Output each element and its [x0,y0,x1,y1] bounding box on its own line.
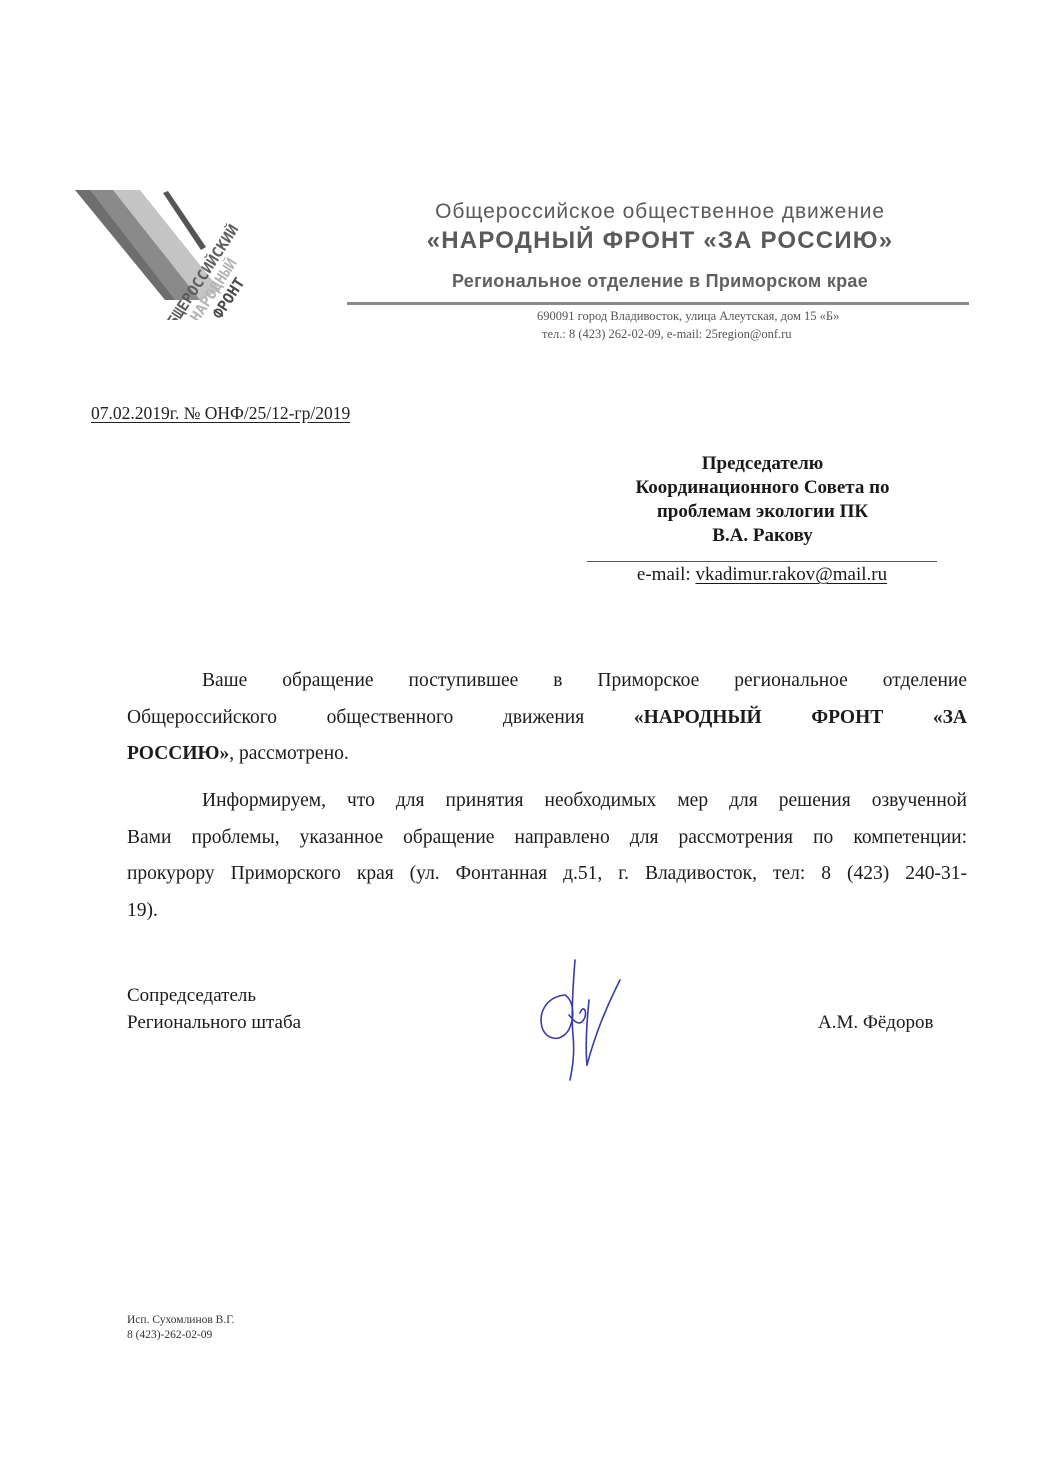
text-span: Общероссийского общественного движения [127,707,634,728]
paragraph-line: прокурору Приморского края (ул. Фонтанна… [127,856,967,893]
org-name: «НАРОДНЫЙ ФРОНТ «ЗА РОССИЮ» [350,227,970,255]
org-contacts: тел.: 8 (423) 262-02-09, e-mail: 25regio… [542,327,792,342]
signatory-title: Сопредседатель Регионального штаба [127,982,301,1036]
text-span: , рассмотрено. [229,743,349,764]
executor-phone: 8 (423)-262-02-09 [127,1328,234,1343]
paragraph-line: 19). [127,893,967,930]
header-divider [347,302,969,305]
org-line: Общероссийское общественное движение [350,200,970,224]
addressee-line: Председателю [580,452,945,476]
paragraph-line: РОССИЮ», рассмотрено. [127,736,967,773]
addressee-line: Координационного Совета по [580,476,945,500]
paragraph-line: Вами проблемы, указанное обращение напра… [127,820,967,857]
bold-span: РОССИЮ» [127,743,229,764]
handwritten-signature-icon [525,955,635,1085]
letter-reference: 07.02.2019г. № ОНФ/25/12-гр/2019 [91,403,350,424]
paragraph-1: Ваше обращение поступившее в Приморское … [127,663,967,773]
email-label: e-mail: [637,564,696,585]
addressee-divider [587,561,937,562]
addressee-block: Председателю Координационного Совета по … [580,452,945,548]
branch-name: Региональное отделение в Приморском крае [350,271,970,292]
executor-name: Исп. Сухомлинов В.Г. [127,1313,234,1328]
addressee-line: проблемам экологии ПК [580,500,945,524]
title-line: Сопредседатель [127,982,301,1009]
paragraph-line: Информируем, что для принятия необходимы… [127,783,967,820]
paragraph-line: Общероссийского общественного движения «… [127,700,967,737]
addressee-email: e-mail: vkadimur.rakov@mail.ru [587,564,937,586]
onf-checkmark-logo-icon: ОБЩЕРОССИЙСКИЙ НАРОДНЫЙ ФРОНТ [75,105,335,320]
signatory-name: А.М. Фёдоров [818,1012,933,1034]
paragraph-2: Информируем, что для принятия необходимы… [127,783,967,929]
title-line: Регионального штаба [127,1009,301,1036]
org-address: 690091 город Владивосток, улица Алеутска… [537,309,839,324]
addressee-line: В.А. Ракову [580,524,945,548]
email-link[interactable]: vkadimur.rakov@mail.ru [695,564,887,585]
bold-span: «НАРОДНЫЙ ФРОНТ «ЗА [634,707,967,728]
paragraph-line: Ваше обращение поступившее в Приморское … [127,663,967,700]
onf-logo: ОБЩЕРОССИЙСКИЙ НАРОДНЫЙ ФРОНТ [75,105,335,320]
executor-block: Исп. Сухомлинов В.Г. 8 (423)-262-02-09 [127,1313,234,1343]
